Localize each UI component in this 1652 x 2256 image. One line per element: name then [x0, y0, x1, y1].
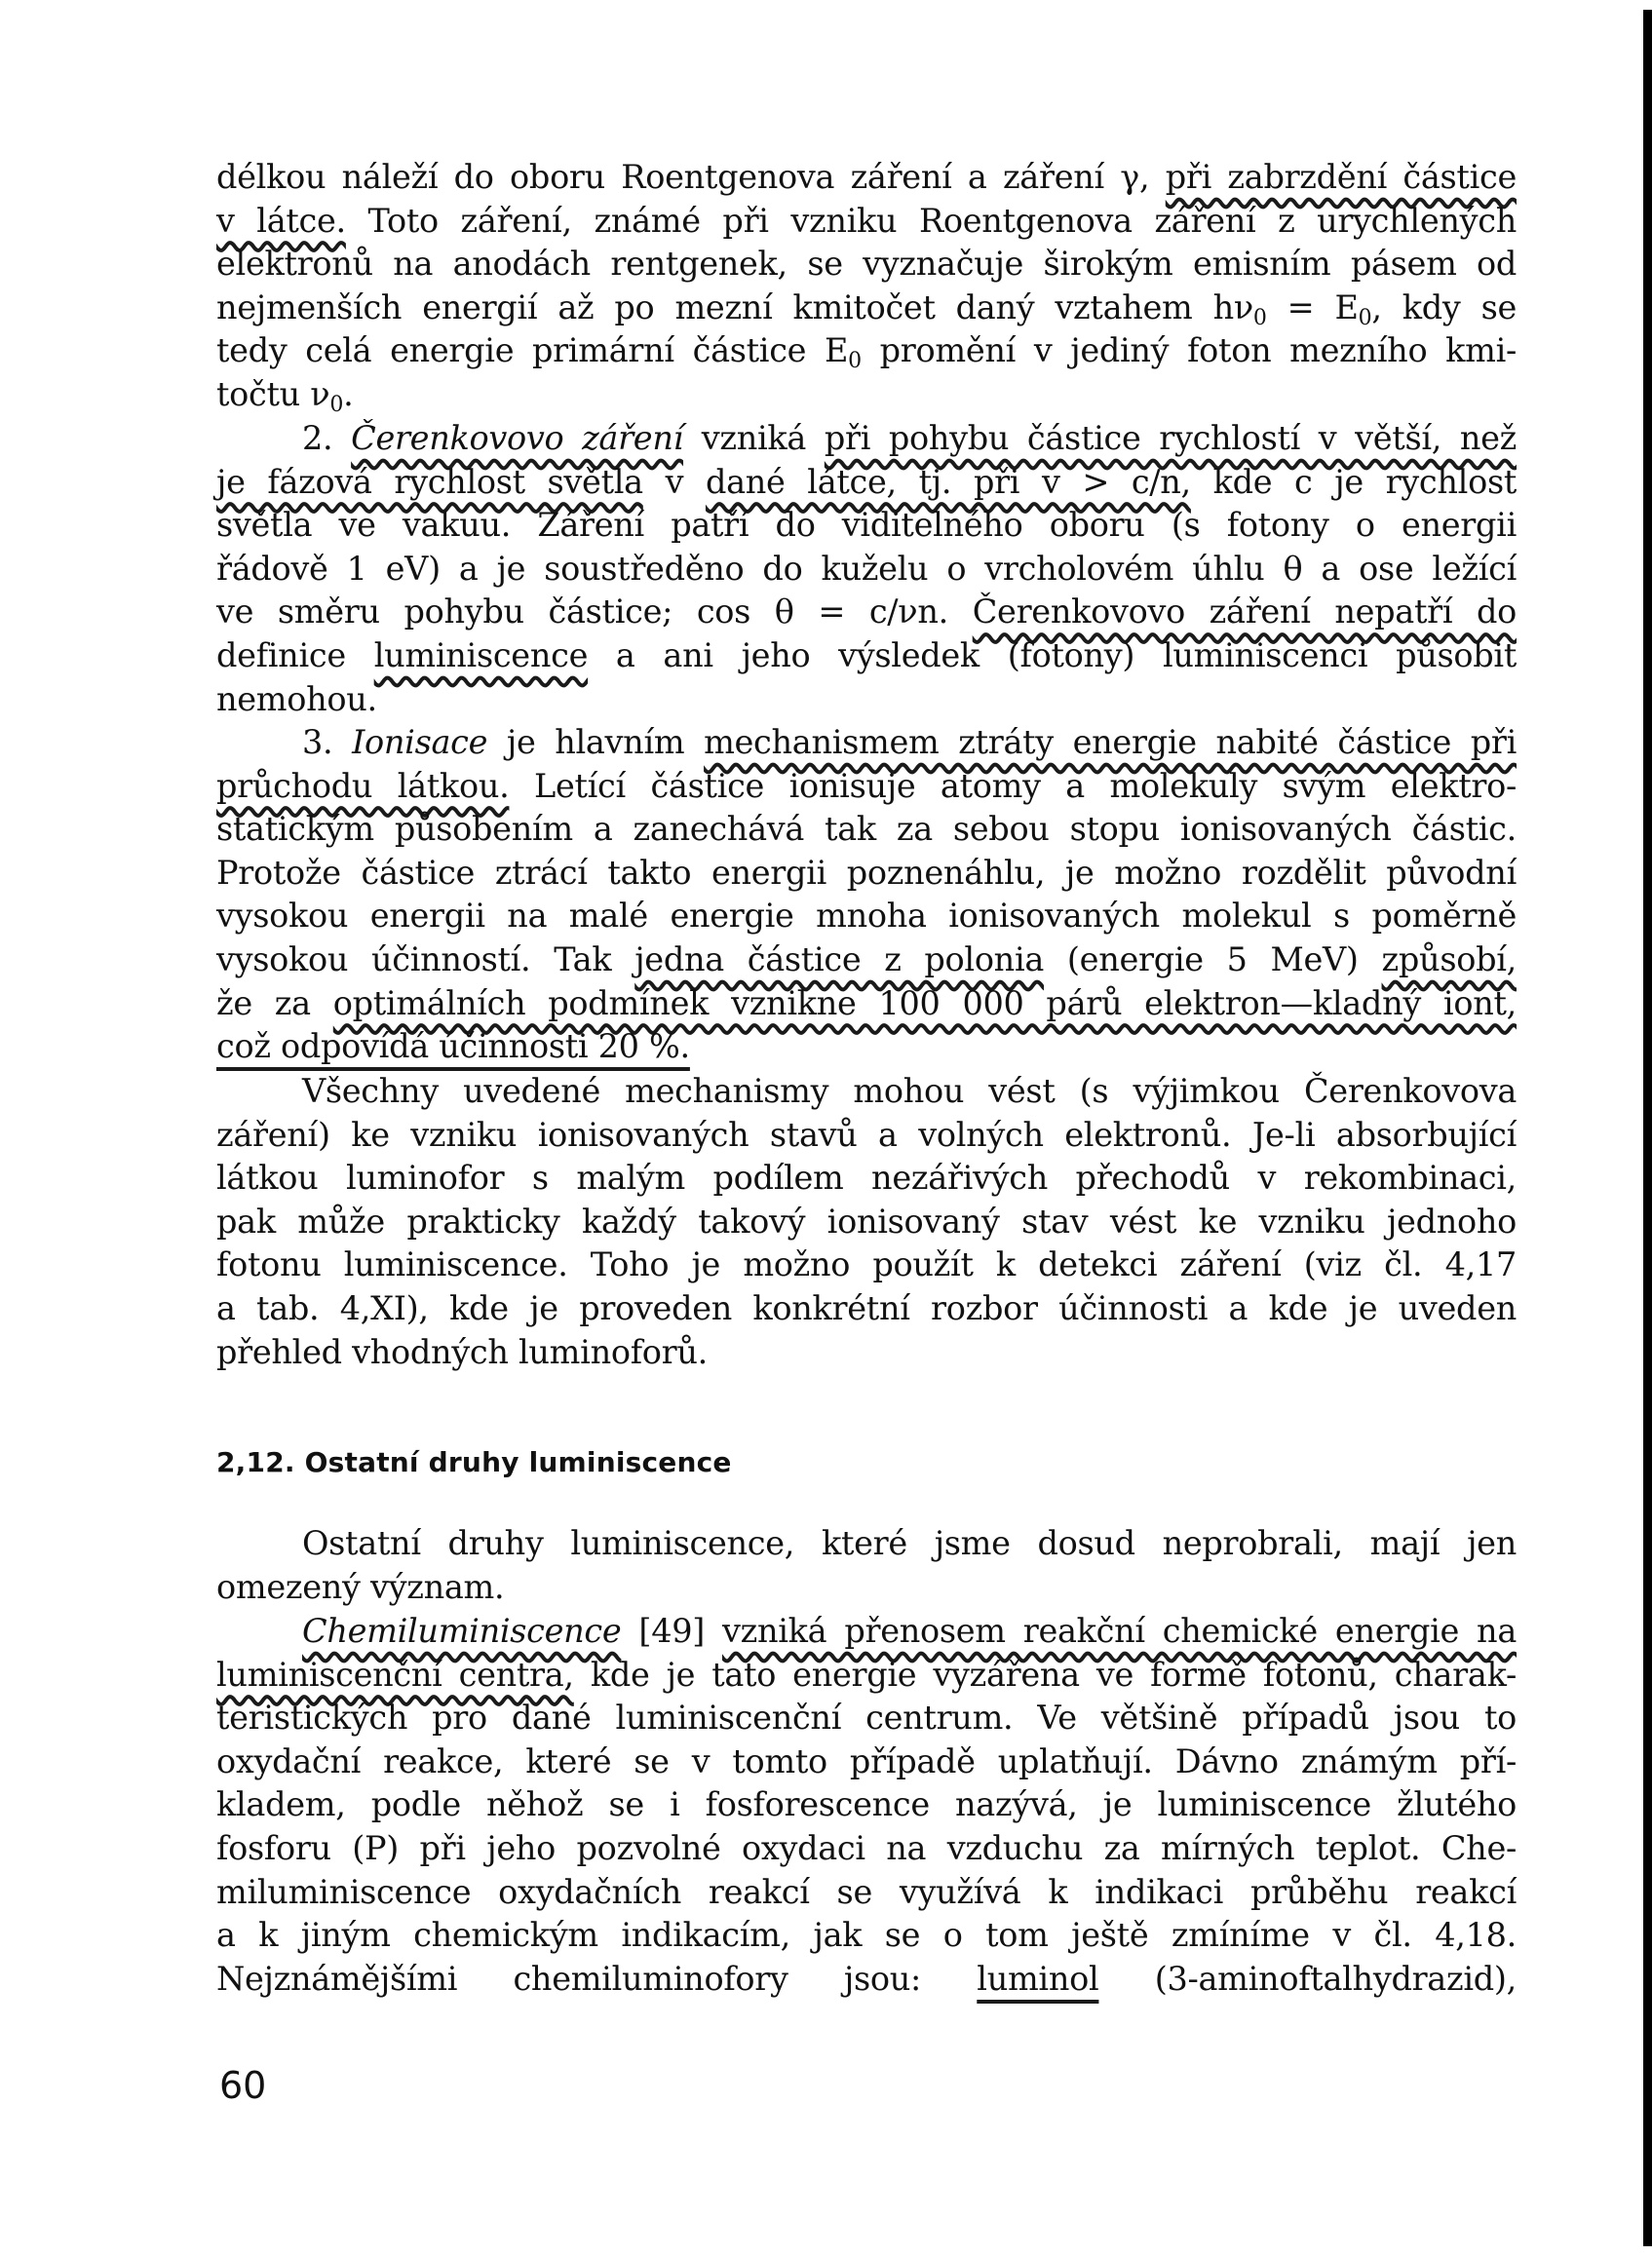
- text-line: je fázová rychlost světla v dané látce, …: [216, 461, 1517, 505]
- paragraph-chemiluminescence: Chemiluminiscence [49] vzniká přenosem r…: [216, 1610, 1517, 2001]
- text-line: oxydační reakce, které se v tomto případ…: [216, 1740, 1517, 1784]
- text-line: Protože částice ztrácí takto energii poz…: [216, 852, 1517, 896]
- text-line: řádově 1 eV) a je soustředěno do kuželu …: [216, 548, 1517, 592]
- text-line: omezený význam.: [216, 1566, 1517, 1610]
- text-line: Ostatní druhy luminiscence, které jsme d…: [216, 1522, 1517, 1566]
- text-line: délkou náleží do oboru Roentgenova zářen…: [216, 156, 1517, 200]
- text-line: a k jiným chemickým indikacím, jak se o …: [216, 1914, 1517, 1958]
- text-line: 3. Ionisace je hlavním mechanismem ztrát…: [216, 721, 1517, 765]
- text-line: luminiscenční centra, kde je tato energi…: [216, 1654, 1517, 1698]
- text-line: točtu ν0.: [216, 373, 1517, 417]
- text-line: tedy celá energie primární částice E0 pr…: [216, 329, 1517, 373]
- text-line: Všechny uvedené mechanismy mohou vést (s…: [216, 1070, 1517, 1114]
- text-line: pak může prakticky každý takový ionisova…: [216, 1201, 1517, 1244]
- text-line: a tab. 4,XI), kde je proveden konkrétní …: [216, 1287, 1517, 1331]
- text-line: fosforu (P) při jeho pozvolné oxydaci na…: [216, 1827, 1517, 1871]
- term-cerenkov: Čerenkovovo záření: [351, 419, 683, 457]
- term-chemiluminiscence: Chemiluminiscence: [302, 1612, 621, 1650]
- paragraph-cerenkov: 2. Čerenkovovo záření vzniká při pohybu …: [216, 417, 1517, 721]
- text-line: nejmenších energií až po mezní kmitočet …: [216, 287, 1517, 330]
- book-page: délkou náleží do oboru Roentgenova zářen…: [0, 0, 1652, 2256]
- page-number: 60: [219, 2064, 266, 2107]
- text-line: 2. Čerenkovovo záření vzniká při pohybu …: [216, 417, 1517, 461]
- paragraph-ionisation: 3. Ionisace je hlavním mechanismem ztrát…: [216, 721, 1517, 1069]
- text-line: ve směru pohybu částice; cos θ = c/νn. Č…: [216, 591, 1517, 634]
- section-heading: 2,12. Ostatní druhy luminiscence: [216, 1446, 732, 1478]
- text-line: což odpovídá účinnosti 20 %.: [216, 1025, 1517, 1069]
- text-line: v látce. Toto záření, známé při vzniku R…: [216, 200, 1517, 244]
- text-line: průchodu látkou. Letící částice ionisuje…: [216, 765, 1517, 809]
- text-line: vysokou energii na malé energie mnoha io…: [216, 895, 1517, 938]
- text-line: elektronů na anodách rentgenek, se vyzna…: [216, 243, 1517, 287]
- text-line: miluminiscence oxydačních reakcí se využ…: [216, 1871, 1517, 1915]
- text-line: světla ve vakuu. Záření patří do viditel…: [216, 504, 1517, 548]
- text-line: Nejznámějšími chemiluminofory jsou: lumi…: [216, 1958, 1517, 2002]
- text-line: Chemiluminiscence [49] vzniká přenosem r…: [216, 1610, 1517, 1654]
- paragraph-bremsstrahlung: délkou náleží do oboru Roentgenova zářen…: [216, 156, 1517, 417]
- text-line: nemohou.: [216, 678, 1517, 722]
- text-line: statickým působením a zanechává tak za s…: [216, 808, 1517, 852]
- term-ionisace: Ionisace: [352, 723, 487, 761]
- text-line: vysokou účinností. Tak jedna částice z p…: [216, 938, 1517, 982]
- scan-edge-bar: [1643, 10, 1652, 2246]
- text-line: fotonu luminiscence. Toho je možno použí…: [216, 1243, 1517, 1287]
- text-line: kladem, podle něhož se i fosforescence n…: [216, 1783, 1517, 1827]
- text-line: definice luminiscence a ani jeho výslede…: [216, 634, 1517, 678]
- paragraph-other-types-intro: Ostatní druhy luminiscence, které jsme d…: [216, 1522, 1517, 1609]
- text-line: teristických pro dané luminiscenční cent…: [216, 1697, 1517, 1740]
- text-line: že za optimálních podmínek vznikne 100 0…: [216, 982, 1517, 1026]
- text-line: záření) ke vzniku ionisovaných stavů a v…: [216, 1114, 1517, 1158]
- text-line: přehled vhodných luminoforů.: [216, 1331, 1517, 1375]
- paragraph-mechanisms-summary: Všechny uvedené mechanismy mohou vést (s…: [216, 1070, 1517, 1374]
- text-line: látkou luminofor s malým podílem nezářiv…: [216, 1157, 1517, 1201]
